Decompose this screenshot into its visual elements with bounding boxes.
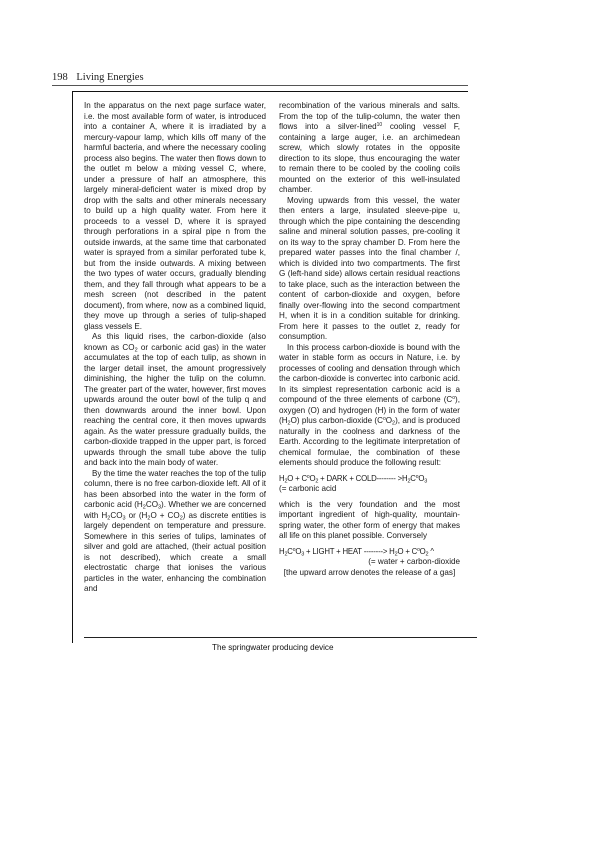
formula-note-carbonic-acid: (= carbonic acid: [279, 484, 460, 495]
paragraph-apparatus: In the apparatus on the next page surfac…: [84, 101, 266, 332]
bottom-rule: [84, 637, 477, 638]
paragraph-moving-upwards: Moving upwards from this vessel, the wat…: [279, 196, 460, 343]
formula-carbonic-acid: H2O + CoO2 + DARK + COLD-------- >H2CoO3: [279, 474, 460, 485]
book-title: Living Energies: [76, 72, 143, 83]
paragraph-recombination: recombination of the various minerals an…: [279, 101, 460, 196]
running-head: 198 Living Energies: [52, 72, 472, 83]
right-column: recombination of the various minerals an…: [279, 101, 460, 578]
left-column: In the apparatus on the next page surfac…: [84, 101, 266, 595]
paragraph-process: In this process carbon-dioxide is bound …: [279, 343, 460, 469]
formula-release: H2CoO3 + LIGHT + HEAT --------> H2O + Co…: [279, 547, 460, 558]
paragraph-tulip-column: By the time the water reaches the top of…: [84, 469, 266, 595]
box-top-border: [73, 91, 468, 92]
figure-caption: The springwater producing device: [212, 643, 333, 652]
formula-note-water: (= water + carbon-dioxide: [279, 557, 460, 568]
paragraph-foundation: which is the very foundation and the mos…: [279, 500, 460, 542]
box-left-border: [72, 91, 73, 643]
paragraph-carbon-dioxide: As this liquid rises, the carbon-dioxide…: [84, 332, 266, 469]
header-rule: [52, 85, 468, 86]
page-number: 198: [52, 72, 68, 83]
formula-note-arrow: [the upward arrow denotes the release of…: [279, 568, 460, 579]
